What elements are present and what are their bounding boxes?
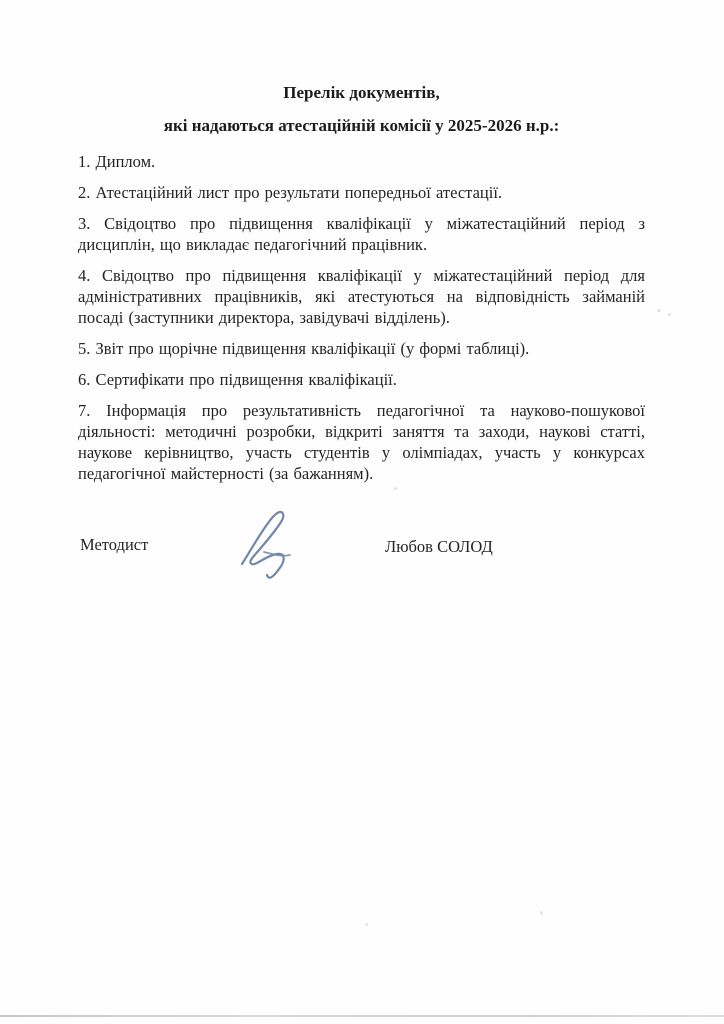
scan-edge-artifact xyxy=(0,1015,724,1017)
signature-block: Методист Любов СОЛОД xyxy=(78,520,645,600)
scan-speck xyxy=(668,313,671,316)
document-body: Перелік документів, які надаються атеста… xyxy=(78,82,645,600)
document-title-line2: які надаються атестаційній комісії у 202… xyxy=(78,115,645,136)
list-item-2: 2. Атестаційний лист про результати попе… xyxy=(78,182,645,203)
scan-speck xyxy=(540,911,543,915)
scanned-document-page: Перелік документів, які надаються атеста… xyxy=(0,0,724,1024)
signature-name: Любов СОЛОД xyxy=(385,536,493,557)
list-item-7: 7. Інформація про результативність педаг… xyxy=(78,400,645,484)
document-title-line1: Перелік документів, xyxy=(78,82,645,103)
list-item-6: 6. Сертифікати про підвищення кваліфікац… xyxy=(78,369,645,390)
list-item-1: 1. Диплом. xyxy=(78,151,645,172)
scan-speck xyxy=(657,309,661,312)
scan-speck xyxy=(394,487,397,490)
handwritten-signature-icon xyxy=(238,508,308,588)
list-item-5: 5. Звіт про щорічне підвищення кваліфіка… xyxy=(78,338,645,359)
list-item-3: 3. Свідоцтво про підвищення кваліфікації… xyxy=(78,213,645,255)
signature-role-label: Методист xyxy=(80,534,148,555)
list-item-4: 4. Свідоцтво про підвищення кваліфікації… xyxy=(78,265,645,328)
scan-speck xyxy=(365,923,368,926)
